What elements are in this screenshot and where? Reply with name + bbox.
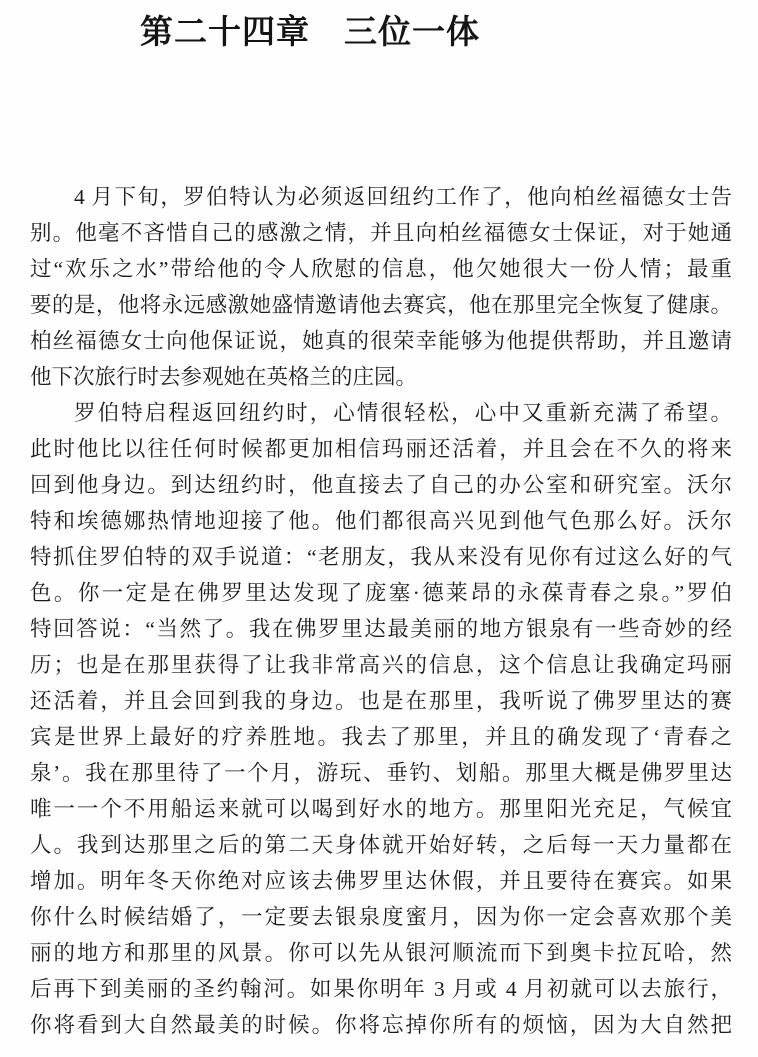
text-line: 罗伯特启程返回纽约时，心情很轻松，心中又重新充满了希望。 xyxy=(30,395,732,431)
text-line: 特和埃德娜热情地迎接了他。他们都很高兴见到他气色那么好。沃尔 xyxy=(30,503,732,539)
text-line: 宾是世界上最好的疗养胜地。我去了那里，并且的确发现了‘青春之 xyxy=(30,719,732,755)
text-line: 过“欢乐之水”带给他的令人欣慰的信息，他欠她很大一份人情；最重 xyxy=(30,251,732,287)
text-line: 还活着，并且会回到我的身边。也是在那里，我听说了佛罗里达的赛 xyxy=(30,683,732,719)
text-line: 人。我到达那里之后的第二天身体就开始好转，之后每一天力量都在 xyxy=(30,827,732,863)
text-line: 你将看到大自然最美的时候。你将忘掉你所有的烦恼，因为大自然把 xyxy=(30,1007,732,1043)
text-line: 增加。明年冬天你绝对应该去佛罗里达休假，并且要待在赛宾。如果 xyxy=(30,863,732,899)
text-line: 柏丝福德女士向他保证说，她真的很荣幸能够为他提供帮助，并且邀请 xyxy=(30,323,732,359)
text-line: 你什么时候结婚了，一定要去银泉度蜜月，因为你一定会喜欢那个美 xyxy=(30,899,732,935)
text-line: 回到他身边。到达纽约时，他直接去了自己的办公室和研究室。沃尔 xyxy=(30,467,732,503)
text-line: 要的是，他将永远感激她盛情邀请他去赛宾，他在那里完全恢复了健康。 xyxy=(30,287,732,323)
text-line: 别。他毫不吝惜自己的感激之情，并且向柏丝福德女士保证，对于她通 xyxy=(30,215,732,251)
page-body: 4 月下旬，罗伯特认为必须返回纽约工作了，他向柏丝福德女士告别。他毫不吝惜自己的… xyxy=(30,179,732,1043)
text-line: 历；也是在那里获得了让我非常高兴的信息，这个信息让我确定玛丽 xyxy=(30,647,732,683)
book-page: 第二十四章 三位一体 4 月下旬，罗伯特认为必须返回纽约工作了，他向柏丝福德女士… xyxy=(0,0,758,1057)
text-line: 此时他比以往任何时候都更加相信玛丽还活着，并且会在不久的将来 xyxy=(30,431,732,467)
text-line: 唯一一个不用船运来就可以喝到好水的地方。那里阳光充足，气候宜 xyxy=(30,791,732,827)
text-line: 泉’。我在那里待了一个月，游玩、垂钓、划船。那里大概是佛罗里达 xyxy=(30,755,732,791)
text-line: 特抓住罗伯特的双手说道：“老朋友，我从来没有见你有过这么好的气 xyxy=(30,539,732,575)
text-line: 特回答说：“当然了。我在佛罗里达最美丽的地方银泉有一些奇妙的经 xyxy=(30,611,732,647)
text-line: 他下次旅行时去参观她在英格兰的庄园。 xyxy=(30,359,732,395)
text-line: 丽的地方和那里的风景。你可以先从银河顺流而下到奥卡拉瓦哈，然 xyxy=(30,935,732,971)
chapter-title: 第二十四章 三位一体 xyxy=(140,6,480,53)
text-line: 后再下到美丽的圣约翰河。如果你明年 3 月或 4 月初就可以去旅行， xyxy=(30,971,732,1007)
text-line: 4 月下旬，罗伯特认为必须返回纽约工作了，他向柏丝福德女士告 xyxy=(30,179,732,215)
text-line: 色。你一定是在佛罗里达发现了庞塞·德莱昂的永葆青春之泉。”罗伯 xyxy=(30,575,732,611)
